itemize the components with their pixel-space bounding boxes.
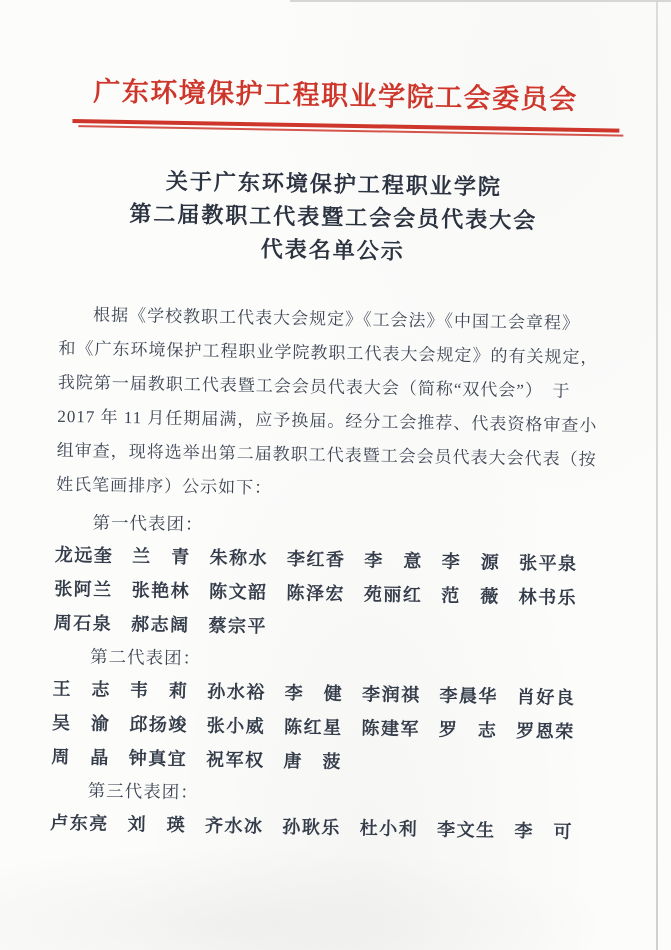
delegate-name: 李 可	[514, 814, 573, 849]
page-content: 广东环境保护工程职业学院工会委员会 关于广东环境保护工程职业学院 第二届教职工代…	[0, 0, 671, 850]
delegate-name: 吴 渝	[52, 706, 111, 741]
delegate-name: 兰 青	[132, 539, 191, 574]
delegation-section: 第一代表团：龙远奎兰 青朱称水李红香李 意李 源张平泉张阿兰张艳林陈文韶陈泽宏苑…	[53, 506, 633, 650]
delegation-section: 第三代表团：卢东亮刘 瑛齐水冰孙耿乐杜小利李文生李 可	[50, 774, 629, 850]
delegations: 第一代表团：龙远奎兰 青朱称水李红香李 意李 源张平泉张阿兰张艳林陈文韶陈泽宏苑…	[50, 506, 634, 850]
delegate-name: 陈泽宏	[286, 576, 345, 611]
delegate-name: 邱扬竣	[129, 707, 188, 742]
letterhead-title: 广东环境保护工程职业学院工会委员会	[20, 75, 651, 116]
delegate-name: 张阿兰	[54, 572, 113, 607]
delegate-name: 孙耿乐	[282, 810, 341, 845]
delegate-name: 林书乐	[518, 580, 577, 615]
delegate-name: 肖好良	[517, 680, 576, 715]
delegate-name: 刘 瑛	[127, 807, 186, 842]
delegate-name: 杜小利	[359, 811, 418, 846]
delegate-name: 王 志	[52, 672, 111, 707]
scan-paper-edge	[656, 0, 658, 950]
delegate-name: 李文生	[437, 813, 496, 848]
delegate-name: 李晨华	[439, 679, 498, 714]
delegate-name: 蔡宗平	[208, 609, 267, 644]
document-title: 关于广东环境保护工程职业学院 第二届教职工代表暨工会会员代表大会 代表名单公示	[17, 162, 650, 272]
letterhead-rule	[72, 119, 619, 133]
delegate-name: 李 源	[441, 545, 500, 580]
delegate-name: 齐水冰	[205, 808, 264, 843]
delegate-name: 李红香	[287, 542, 346, 577]
delegate-name: 李 健	[284, 676, 343, 711]
delegate-name: 罗 志	[439, 713, 498, 748]
delegate-name: 苑丽红	[364, 577, 423, 612]
delegate-name: 张小威	[206, 708, 265, 743]
scan-edge-top	[290, 0, 671, 2]
delegate-name: 周石泉	[53, 606, 112, 641]
scanned-document-page: 广东环境保护工程职业学院工会委员会 关于广东环境保护工程职业学院 第二届教职工代…	[0, 0, 671, 950]
delegate-name: 周 晶	[51, 740, 110, 775]
delegate-name: 陈建军	[361, 711, 420, 746]
delegate-name: 陈红星	[284, 710, 343, 745]
delegate-name: 张平泉	[519, 546, 578, 581]
delegate-name: 李润祺	[362, 677, 421, 712]
delegate-name: 卢东亮	[50, 806, 109, 841]
delegate-name: 李 意	[364, 543, 423, 578]
delegate-name: 郝志阔	[131, 607, 190, 642]
delegate-name: 张艳林	[131, 573, 190, 608]
delegate-name: 龙远奎	[55, 538, 114, 573]
delegate-name: 罗恩荣	[516, 714, 575, 749]
delegate-name: 钟真宜	[128, 741, 187, 776]
body-paragraph: 根据《学校教职工代表大会规定》《工会法》《中国工会章程》 和《广东环境保护工程职…	[56, 298, 627, 512]
delegate-name: 朱称水	[209, 541, 268, 576]
delegate-name: 唐 菠	[283, 744, 342, 779]
delegation-section: 第二代表团：王 志韦 莉孙水裕李 健李润祺李晨华肖好良吴 渝邱扬竣张小威陈红星陈…	[51, 640, 631, 784]
delegate-name: 祝军权	[206, 742, 265, 777]
delegate-name: 韦 莉	[130, 673, 189, 708]
delegate-name: 范 薇	[441, 579, 500, 614]
delegate-name: 孙水裕	[207, 674, 266, 709]
delegate-name: 陈文韶	[209, 575, 268, 610]
